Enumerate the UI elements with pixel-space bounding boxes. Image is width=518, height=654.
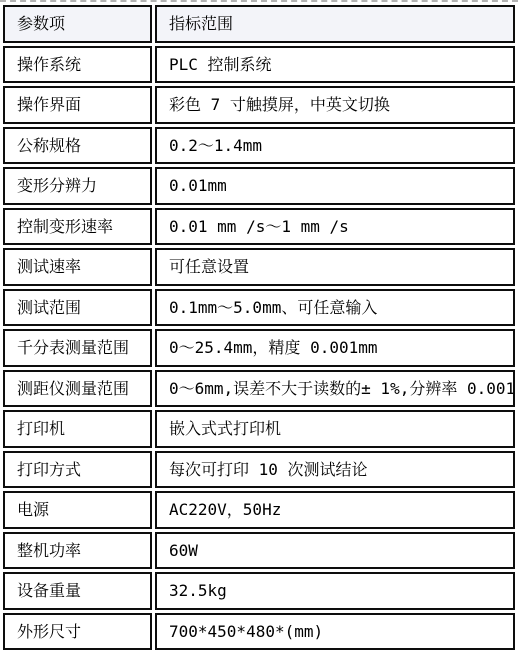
param-cell: 公称规格 bbox=[3, 127, 152, 165]
value-cell: 0～25.4mm，精度 0.001mm bbox=[155, 329, 515, 367]
param-cell: 打印机 bbox=[3, 410, 152, 448]
param-cell: 设备重量 bbox=[3, 572, 152, 610]
table-row: 千分表测量范围 0～25.4mm，精度 0.001mm bbox=[3, 329, 515, 367]
specs-table: 参数项 指标范围 操作系统 PLC 控制系统 操作界面 彩色 7 寸触摸屏，中英… bbox=[0, 2, 518, 653]
table-row: 控制变形速率 0.01 mm /s～1 mm /s bbox=[3, 208, 515, 246]
value-cell: AC220V，50Hz bbox=[155, 491, 515, 529]
param-cell: 测试速率 bbox=[3, 248, 152, 286]
page: 参数项 指标范围 操作系统 PLC 控制系统 操作界面 彩色 7 寸触摸屏，中英… bbox=[0, 0, 518, 654]
value-cell: 彩色 7 寸触摸屏，中英文切换 bbox=[155, 86, 515, 124]
table-row: 打印机 嵌入式式打印机 bbox=[3, 410, 515, 448]
table-row: 变形分辨力 0.01mm bbox=[3, 167, 515, 205]
value-cell: 0.01 mm /s～1 mm /s bbox=[155, 208, 515, 246]
table-row: 公称规格 0.2～1.4mm bbox=[3, 127, 515, 165]
table-row: 操作界面 彩色 7 寸触摸屏，中英文切换 bbox=[3, 86, 515, 124]
specs-table-body: 参数项 指标范围 操作系统 PLC 控制系统 操作界面 彩色 7 寸触摸屏，中英… bbox=[3, 5, 515, 650]
table-row: 测试范围 0.1mm～5.0mm、可任意输入 bbox=[3, 289, 515, 327]
param-cell: 操作界面 bbox=[3, 86, 152, 124]
param-cell: 控制变形速率 bbox=[3, 208, 152, 246]
param-cell: 外形尺寸 bbox=[3, 613, 152, 651]
value-cell: 0～6mm,误差不大于读数的± 1%,分辨率 0.001mm bbox=[155, 370, 515, 408]
table-row: 设备重量 32.5kg bbox=[3, 572, 515, 610]
value-cell: 32.5kg bbox=[155, 572, 515, 610]
value-cell: 0.01mm bbox=[155, 167, 515, 205]
param-cell: 变形分辨力 bbox=[3, 167, 152, 205]
param-cell: 千分表测量范围 bbox=[3, 329, 152, 367]
value-cell: 可任意设置 bbox=[155, 248, 515, 286]
param-cell: 测距仪测量范围 bbox=[3, 370, 152, 408]
value-cell: 0.2～1.4mm bbox=[155, 127, 515, 165]
table-row: 测距仪测量范围 0～6mm,误差不大于读数的± 1%,分辨率 0.001mm bbox=[3, 370, 515, 408]
value-cell: 0.1mm～5.0mm、可任意输入 bbox=[155, 289, 515, 327]
value-cell: 每次可打印 10 次测试结论 bbox=[155, 451, 515, 489]
table-row: 外形尺寸 700*450*480*(mm) bbox=[3, 613, 515, 651]
value-cell: 700*450*480*(mm) bbox=[155, 613, 515, 651]
value-cell: PLC 控制系统 bbox=[155, 46, 515, 84]
header-cell-param: 参数项 bbox=[3, 5, 152, 43]
table-row: 电源 AC220V，50Hz bbox=[3, 491, 515, 529]
table-header-row: 参数项 指标范围 bbox=[3, 5, 515, 43]
param-cell: 打印方式 bbox=[3, 451, 152, 489]
param-cell: 测试范围 bbox=[3, 289, 152, 327]
header-cell-value: 指标范围 bbox=[155, 5, 515, 43]
table-row: 打印方式 每次可打印 10 次测试结论 bbox=[3, 451, 515, 489]
param-cell: 电源 bbox=[3, 491, 152, 529]
value-cell: 嵌入式式打印机 bbox=[155, 410, 515, 448]
param-cell: 操作系统 bbox=[3, 46, 152, 84]
table-row: 整机功率 60W bbox=[3, 532, 515, 570]
table-row: 操作系统 PLC 控制系统 bbox=[3, 46, 515, 84]
value-cell: 60W bbox=[155, 532, 515, 570]
param-cell: 整机功率 bbox=[3, 532, 152, 570]
table-row: 测试速率 可任意设置 bbox=[3, 248, 515, 286]
